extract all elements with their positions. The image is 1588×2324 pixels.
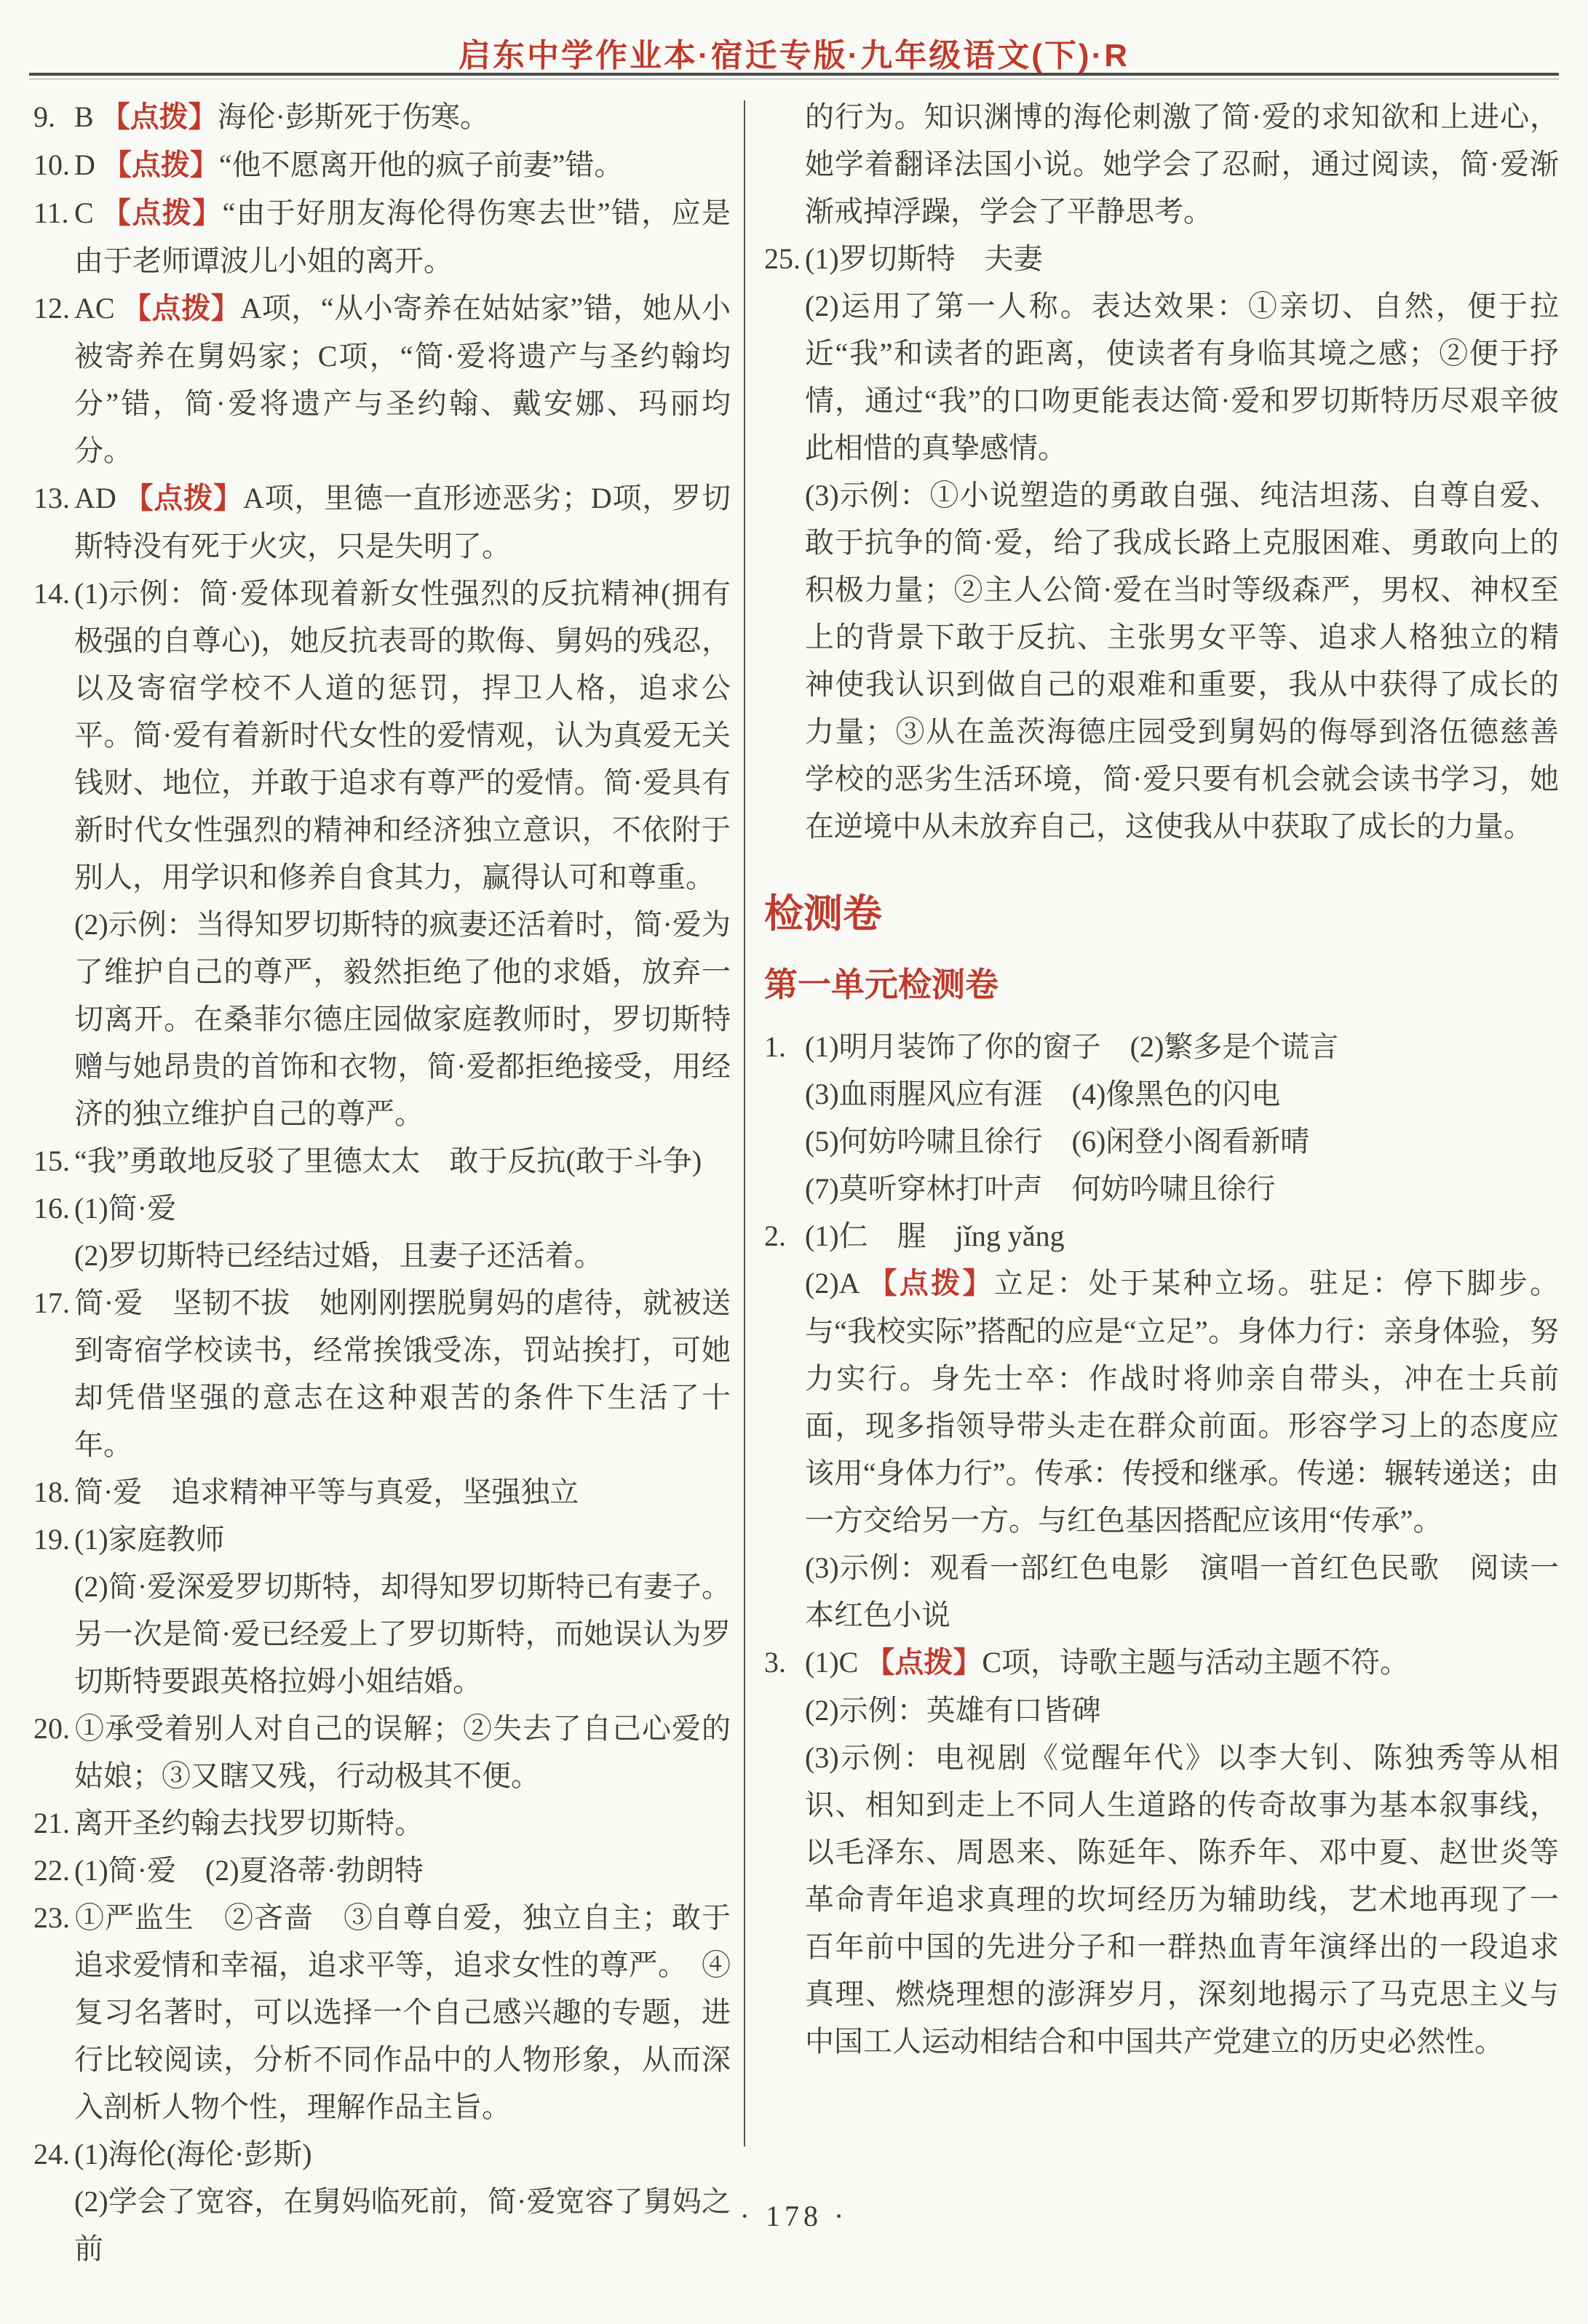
answer-item: 9.B 【点拨】海伦·彭斯死于伤寒。 (33, 93, 731, 141)
item-number: 13. (33, 474, 74, 522)
item-number: 12. (33, 284, 74, 332)
answer-item: 3.(1)C 【点拨】C项，诗歌主题与活动主题不符。 (764, 1639, 1559, 1687)
header-rule (29, 73, 1559, 79)
answer-item: 14.(1)示例：简·爱体现着新女性强烈的反抗精神(拥有极强的自尊心)，她反抗表… (33, 570, 731, 901)
answer-text: (1)海伦(海伦·彭斯) (74, 2138, 312, 2170)
answer-item: 10.D 【点拨】“他不愿离开他的疯子前妻”错。 (33, 141, 731, 189)
answer-text: (2)示例：当得知罗切斯特的疯妻还活着时，简·爱为了维护自己的尊严，毅然拒绝了他… (74, 908, 731, 1130)
answer-item: 18.简·爱 追求精神平等与真爱，坚强独立 (33, 1468, 731, 1516)
answer-text: ①严监生 ②吝啬 ③自尊自爱，独立自主；敢于追求爱情和幸福，追求平等，追求女性的… (74, 1901, 731, 2123)
answer-text: (2)示例：英雄有口皆碑 (805, 1694, 1101, 1727)
answer-text: (1)罗切斯特 夫妻 (805, 242, 1043, 275)
answer-text: D (74, 148, 103, 181)
item-number: 21. (33, 1799, 74, 1847)
answer-text: 离开圣约翰去找罗切斯特。 (74, 1807, 424, 1839)
answer-text: 海伦·彭斯死于伤寒。 (218, 100, 489, 133)
answer-text: (2)罗切斯特已经结过婚，且妻子还活着。 (74, 1239, 603, 1272)
item-number: 20. (33, 1705, 74, 1752)
answer-subitem: (5)何妨吟啸且徐行 (6)闲登小阁看新晴 (764, 1118, 1559, 1165)
item-number: 17. (33, 1279, 74, 1326)
right-column: 的行为。知识渊博的海伦刺激了简·爱的求知欲和上进心，她学着翻译法国小说。她学会了… (764, 93, 1559, 2065)
answer-text: 立足：处于某种立场。驻足：停下脚步。与“我校实际”搭配的应是“立足”。身体力行：… (805, 1267, 1559, 1537)
answer-text: 检测卷 (764, 892, 882, 936)
answer-text: (5)何妨吟啸且徐行 (6)闲登小阁看新晴 (805, 1125, 1309, 1158)
answer-item: 16.(1)简·爱 (33, 1185, 731, 1232)
item-number: 23. (33, 1894, 74, 1941)
item-number: 14. (33, 570, 74, 617)
answer-text: B (74, 100, 101, 133)
answer-item: 11.C 【点拨】“由于好朋友海伦得伤寒去世”错，应是由于老师谭波儿小姐的离开。 (33, 189, 731, 284)
answer-text: ①承受着别人对自己的误解；②失去了自己心爱的姑娘；③又瞎又残，行动极其不便。 (74, 1712, 731, 1792)
item-number: 15. (33, 1137, 74, 1185)
answer-item: 25.(1)罗切斯特 夫妻 (764, 235, 1559, 282)
answer-item: 12.AC 【点拨】A项，“从小寄养在姑姑家”错，她从小被寄养在舅妈家；C项，“… (33, 284, 731, 474)
answer-text: “他不愿离开他的疯子前妻”错。 (219, 148, 624, 181)
answer-text: (1)简·爱 (2)夏洛蒂·勃朗特 (74, 1854, 424, 1887)
answer-subitem: (2)简·爱深爱罗切斯特，却得知罗切斯特已有妻子。另一次是简·爱已经爱上了罗切斯… (33, 1563, 731, 1705)
answer-text: (1)C (805, 1646, 865, 1679)
answer-item: 22.(1)简·爱 (2)夏洛蒂·勃朗特 (33, 1847, 731, 1894)
answer-text: (2)运用了第一人称。表达效果：①亲切、自然，便于拉近“我”和读者的距离，使读者… (805, 290, 1559, 464)
item-number: 25. (764, 235, 805, 282)
dianbo-marker: 【点拨】 (102, 197, 222, 229)
page-header-title: 启东中学作业本·宿迁专版·九年级语文(下)·R (0, 29, 1588, 76)
dianbo-marker: 【点拨】 (103, 149, 219, 181)
answer-item: 1.(1)明月装饰了你的窗子 (2)繁多是个谎言 (764, 1023, 1559, 1070)
answer-subitem: (2)运用了第一人称。表达效果：①亲切、自然，便于拉近“我”和读者的距离，使读者… (764, 282, 1559, 471)
dianbo-marker: 【点拨】 (122, 293, 240, 325)
answer-text: (1)简·爱 (74, 1192, 176, 1225)
item-number: 3. (764, 1639, 805, 1686)
answer-item: 2.(1)仁 腥 jǐng yǎng (764, 1212, 1559, 1260)
dianbo-marker: 【点拨】 (865, 1647, 982, 1679)
answer-item: 24.(1)海伦(海伦·彭斯) (33, 2130, 731, 2178)
answer-text: (1)仁 腥 jǐng yǎng (805, 1219, 1065, 1252)
item-number: 18. (33, 1468, 74, 1516)
item-number: 24. (33, 2130, 74, 2178)
answer-text: (1)家庭教师 (74, 1523, 225, 1556)
answer-subitem: (3)示例：电视剧《觉醒年代》以李大钊、陈独秀等从相识、相知到走上不同人生道路的… (764, 1734, 1559, 2065)
answer-subitem: (3)示例：观看一部红色电影 演唱一首红色民歌 阅读一本红色小说 (764, 1544, 1559, 1639)
dianbo-marker: 【点拨】 (124, 482, 243, 514)
answer-text: AD (74, 482, 124, 514)
answer-text: (2)A (805, 1267, 868, 1300)
answer-text: (7)莫听穿林打叶声 何妨吟啸且徐行 (805, 1172, 1276, 1205)
answer-item: 15.“我”勇敢地反驳了里德太太 敢于反抗(敢于斗争) (33, 1137, 731, 1185)
answer-text: (3)示例：观看一部红色电影 演唱一首红色民歌 阅读一本红色小说 (805, 1551, 1559, 1631)
dianbo-marker: 【点拨】 (868, 1268, 994, 1300)
dianbo-marker: 【点拨】 (101, 101, 218, 133)
item-number: 16. (33, 1185, 74, 1232)
answer-item: 19.(1)家庭教师 (33, 1516, 731, 1563)
answer-item: 23.①严监生 ②吝啬 ③自尊自爱，独立自主；敢于追求爱情和幸福，追求平等，追求… (33, 1894, 731, 2130)
answer-item: 13.AD 【点拨】A项，里德一直形迹恶劣；D项，罗切斯特没有死于火灾，只是失明… (33, 474, 731, 570)
item-number: 22. (33, 1847, 74, 1894)
answer-text: (3)示例：电视剧《觉醒年代》以李大钊、陈独秀等从相识、相知到走上不同人生道路的… (805, 1741, 1559, 2058)
answer-text: (1)明月装饰了你的窗子 (2)繁多是个谎言 (805, 1030, 1338, 1063)
left-column: 9.B 【点拨】海伦·彭斯死于伤寒。10.D 【点拨】“他不愿离开他的疯子前妻”… (33, 93, 731, 2272)
item-number: 10. (33, 141, 74, 188)
answer-subitem: (3)血雨腥风应有涯 (4)像黑色的闪电 (764, 1070, 1559, 1118)
answer-subitem: (7)莫听穿林打叶声 何妨吟啸且徐行 (764, 1165, 1559, 1212)
item-number: 2. (764, 1212, 805, 1260)
answer-key-page: 启东中学作业本·宿迁专版·九年级语文(下)·R 9.B 【点拨】海伦·彭斯死于伤… (0, 0, 1588, 2324)
item-number: 11. (33, 189, 74, 236)
answer-text: C (74, 196, 102, 229)
answer-text: AC (74, 292, 122, 325)
answer-text: (2)简·爱深爱罗切斯特，却得知罗切斯特已有妻子。另一次是简·爱已经爱上了罗切斯… (74, 1570, 731, 1698)
item-number: 19. (33, 1516, 74, 1563)
answer-text: 简·爱 追求精神平等与真爱，坚强独立 (74, 1476, 579, 1508)
answer-subitem: (3)示例：①小说塑造的勇敢自强、纯洁坦荡、自尊自爱、敢于抗争的简·爱，给了我成… (764, 471, 1559, 850)
answer-item: 21.离开圣约翰去找罗切斯特。 (33, 1799, 731, 1847)
answer-text: 简·爱 坚韧不拔 她刚刚摆脱舅妈的虐待，就被送到寄宿学校读书，经常挨饿受冻，罚站… (74, 1286, 731, 1461)
continuation-paragraph: 的行为。知识渊博的海伦刺激了简·爱的求知欲和上进心，她学着翻译法国小说。她学会了… (764, 93, 1559, 235)
answer-subitem: (2)罗切斯特已经结过婚，且妻子还活着。 (33, 1232, 731, 1279)
answer-text: 的行为。知识渊博的海伦刺激了简·爱的求知欲和上进心，她学着翻译法国小说。她学会了… (805, 100, 1559, 228)
answer-text: “我”勇敢地反驳了里德太太 敢于反抗(敢于斗争) (74, 1145, 702, 1177)
answer-item: 20.①承受着别人对自己的误解；②失去了自己心爱的姑娘；③又瞎又残，行动极其不便… (33, 1705, 731, 1799)
column-divider (744, 100, 745, 2146)
unit-heading: 第一单元检测卷 (764, 959, 1559, 1010)
answer-item: 17.简·爱 坚韧不拔 她刚刚摆脱舅妈的虐待，就被送到寄宿学校读书，经常挨饿受冻… (33, 1279, 731, 1468)
answer-text: 第一单元检测卷 (764, 966, 999, 1003)
item-number: 1. (764, 1023, 805, 1070)
answer-text: C项，诗歌主题与活动主题不符。 (982, 1646, 1409, 1679)
answer-subitem: (2)A 【点拨】立足：处于某种立场。驻足：停下脚步。与“我校实际”搭配的应是“… (764, 1260, 1559, 1544)
answer-subitem: (2)示例：英雄有口皆碑 (764, 1687, 1559, 1734)
page-number: · 178 · (0, 2199, 1588, 2233)
item-number: 9. (33, 93, 74, 140)
answer-subitem: (2)示例：当得知罗切斯特的疯妻还活着时，简·爱为了维护自己的尊严，毅然拒绝了他… (33, 901, 731, 1137)
answer-text: (3)示例：①小说塑造的勇敢自强、纯洁坦荡、自尊自爱、敢于抗争的简·爱，给了我成… (805, 479, 1559, 843)
answer-text: (3)血雨腥风应有涯 (4)像黑色的闪电 (805, 1078, 1280, 1110)
section-heading: 检测卷 (764, 888, 1559, 940)
answer-text: (1)示例：简·爱体现着新女性强烈的反抗精神(拥有极强的自尊心)，她反抗表哥的欺… (74, 577, 731, 894)
